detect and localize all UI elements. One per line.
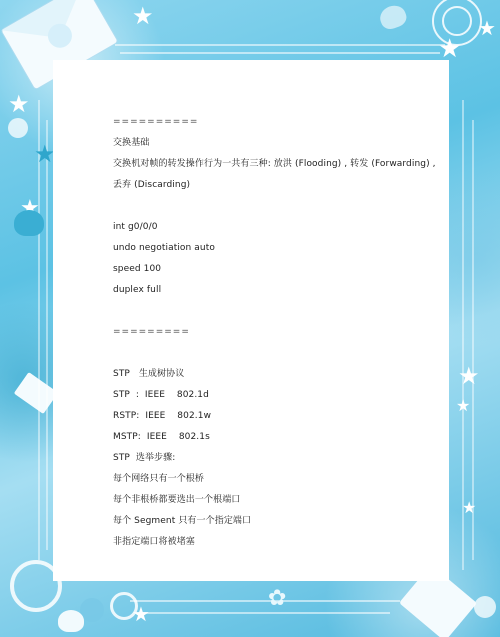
heart-icon	[58, 610, 84, 632]
blank-line	[113, 196, 429, 217]
document-page: ========== 交换基础 交换机对帧的转发操作行为一共有三种: 放洪 (F…	[53, 60, 449, 581]
star-icon: ★	[132, 604, 150, 624]
bubble-icon	[474, 596, 496, 618]
text-line: 交换机对帧的转发操作行为一共有三种: 放洪 (Flooding) , 转发 (F…	[113, 154, 429, 175]
envelope-icon	[14, 372, 58, 414]
text-line: MSTP: IEEE 802.1s	[113, 427, 429, 448]
star-icon: ★	[458, 364, 480, 388]
star-icon: ★	[132, 4, 154, 28]
separator-line: ==========	[113, 112, 429, 133]
text-line: 非指定端口将被堵塞	[113, 532, 429, 553]
text-line: 丢弃 (Discarding)	[113, 175, 429, 196]
heart-icon	[14, 210, 44, 236]
bubble-icon	[80, 598, 104, 622]
ring-icon	[442, 6, 472, 36]
command-line: int g0/0/0	[113, 217, 429, 238]
command-line: speed 100	[113, 259, 429, 280]
text-line: 每个 Segment 只有一个指定端口	[113, 511, 429, 532]
star-icon: ★	[456, 398, 470, 414]
bubble-icon	[8, 118, 28, 138]
star-icon: ★	[20, 198, 40, 220]
command-line: duplex full	[113, 280, 429, 301]
text-line: 每个网络只有一个根桥	[113, 469, 429, 490]
text-line: RSTP: IEEE 802.1w	[113, 406, 429, 427]
star-icon: ★	[478, 18, 496, 38]
star-icon: ★	[8, 92, 30, 116]
bow-icon: ✿	[268, 588, 286, 610]
section-heading: STP 生成树协议	[113, 364, 429, 385]
text-line: 每个非根桥都要选出一个根端口	[113, 490, 429, 511]
star-icon: ★	[438, 36, 461, 62]
heart-icon	[377, 2, 409, 32]
blank-line	[113, 343, 429, 364]
ring-icon	[432, 0, 482, 46]
text-line: STP 选举步骤:	[113, 448, 429, 469]
separator-line: =========	[113, 322, 429, 343]
document-content: ========== 交换基础 交换机对帧的转发操作行为一共有三种: 放洪 (F…	[113, 112, 429, 553]
blank-line	[113, 301, 429, 322]
text-line: STP : IEEE 802.1d	[113, 385, 429, 406]
section-heading: 交换基础	[113, 133, 429, 154]
command-line: undo negotiation auto	[113, 238, 429, 259]
star-icon: ★	[462, 500, 476, 516]
ring-icon	[110, 592, 138, 620]
